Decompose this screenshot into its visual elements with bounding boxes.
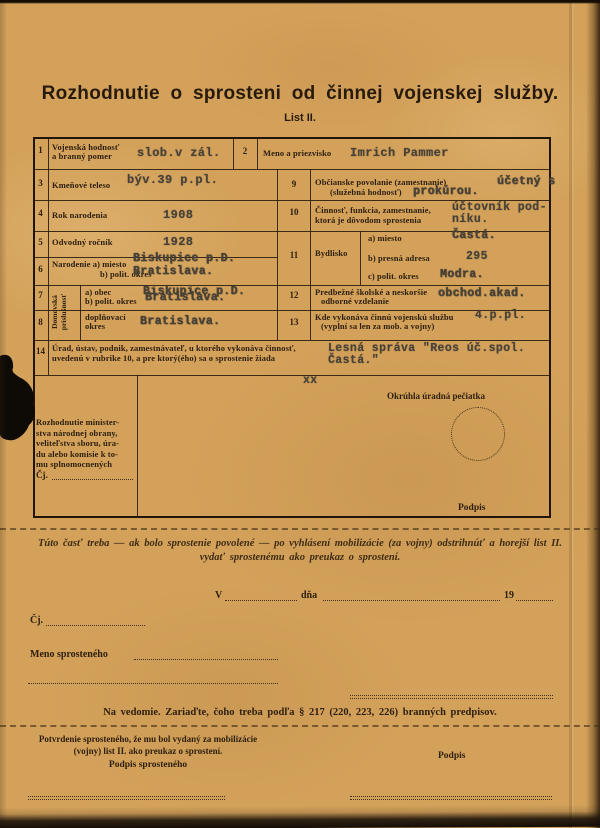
- scanned-military-exemption-form: Rozhodnutie o sprosteni od činnej vojens…: [0, 0, 600, 828]
- place-label: V: [215, 590, 222, 601]
- field-value: Bratislava.: [145, 291, 225, 304]
- cut-note-line: vydať sprostenému ako preukaz o sprosten…: [0, 552, 600, 563]
- row-number: 3: [33, 178, 48, 188]
- grid-line: [35, 340, 551, 341]
- page-edge-bottom: [0, 805, 600, 828]
- row-number: 1: [33, 145, 48, 155]
- fill-in-line: [516, 600, 553, 601]
- page-edge-right: [586, 0, 600, 828]
- page-subtitle: List II.: [0, 112, 600, 124]
- field-value: Imrich Pammer: [350, 146, 449, 160]
- row-number: 8: [33, 317, 48, 327]
- notice-text: Na vedomie. Zariaďte, čoho treba podľa §…: [0, 707, 600, 718]
- fill-in-line: [323, 600, 500, 601]
- page-title: Rozhodnutie o sprosteni od činnej vojens…: [0, 83, 600, 105]
- field-label: (služebná hodnosť): [330, 188, 402, 198]
- field-value: níku.: [452, 213, 489, 226]
- decision-text: Rozhodnutie minister- stva národnej obra…: [36, 417, 119, 470]
- separator-line: [0, 725, 600, 727]
- grid-line: [35, 285, 551, 286]
- grid-line: [80, 285, 81, 340]
- field-value: obchod.akad.: [438, 287, 526, 300]
- row-number: 6: [33, 264, 48, 274]
- confirmation-line: (vojny) list II. ako preukaz o sprostení…: [8, 746, 288, 756]
- field-label: Bydlisko: [315, 249, 347, 259]
- row-number: 2: [233, 146, 257, 156]
- year-prefix: 19: [504, 590, 514, 601]
- field-value: Častá.: [452, 229, 496, 242]
- fill-in-line: [225, 600, 297, 601]
- grid-line: [48, 137, 49, 375]
- signature-line: [350, 799, 552, 800]
- name-label: Meno sprosteného: [30, 649, 108, 660]
- field-label: (vyplní sa len za mob. a vojny): [321, 322, 434, 332]
- grid-line: [257, 137, 258, 169]
- signature-label: Podpis: [458, 503, 485, 513]
- grid-line: [35, 375, 551, 376]
- field-label: c) polit. okres: [368, 272, 419, 282]
- field-label: Rok narodenia: [52, 211, 107, 221]
- typed-mark: xx: [303, 374, 318, 387]
- field-value: býv.39 p.pl.: [127, 173, 218, 187]
- fill-in-line: [52, 479, 133, 480]
- field-label: uvedenú v rubrike 10, a pre ktorý(ého) s…: [52, 354, 275, 364]
- field-value: 4.p.pl.: [475, 309, 526, 322]
- row-number: 9: [280, 179, 308, 189]
- field-value: účetný s: [497, 175, 555, 188]
- file-number-label: Čj.: [30, 615, 43, 626]
- signature-line: [350, 698, 553, 699]
- page-edge-top: [0, 0, 600, 4]
- page-edge-left: [0, 0, 7, 828]
- grid-line: [35, 310, 551, 311]
- decision-text-line: mu splnomocnených: [36, 459, 119, 470]
- row-number: 13: [280, 317, 308, 327]
- field-label: a) miesto: [368, 234, 402, 244]
- cut-note-line: Túto časť treba — ak bolo sprostenie pov…: [0, 538, 600, 549]
- confirmation-line: Potvrdenie sprosteného, že mu bol vydaný…: [8, 734, 288, 744]
- field-value: Biskupice p.D.: [133, 252, 235, 265]
- row-number: 4: [33, 208, 48, 218]
- decision-text-line: stva národnej obrany,: [36, 428, 119, 439]
- field-label: ktorá je dôvodom sprostenia: [315, 216, 421, 226]
- row-number: 11: [280, 250, 308, 260]
- fill-in-line: [28, 683, 278, 684]
- row-number: 7: [33, 290, 48, 300]
- field-label: a branný pomer: [52, 152, 112, 162]
- field-value: Modra.: [440, 268, 484, 281]
- field-label: odborné vzdelanie: [321, 297, 389, 307]
- decision-text-line: veliteľstva sboru, úra-: [36, 438, 119, 449]
- file-number-label: Čj.: [36, 470, 48, 480]
- row-number: 5: [33, 237, 48, 247]
- perforation-line: [0, 528, 600, 530]
- group-label: Domovská príslušnosť: [50, 294, 68, 330]
- field-value: prokúrou.: [413, 185, 479, 198]
- field-label: Meno a priezvisko: [263, 149, 331, 159]
- field-label: okres: [85, 322, 105, 332]
- field-label: b) polit. okres: [85, 297, 137, 307]
- field-value: Bratislava.: [140, 315, 220, 328]
- field-label: b) presná adresa: [368, 254, 430, 264]
- date-label: dňa: [301, 590, 317, 601]
- field-value: 1908: [163, 208, 193, 222]
- signature-exempted-label: Podpis sprosteného: [8, 760, 288, 770]
- paper-crease: [569, 0, 572, 828]
- signature-line: [350, 695, 553, 696]
- grid-line: [360, 231, 361, 285]
- field-label: Kmeňové teleso: [52, 181, 110, 191]
- signature-line: [28, 799, 225, 800]
- grid-line: [35, 169, 551, 170]
- field-label: Odvodný ročník: [52, 238, 113, 248]
- stamp-label: Okrúhla úradná pečiatka: [387, 391, 485, 401]
- field-value: slob.v zál.: [137, 146, 221, 160]
- row-number: 12: [280, 290, 308, 300]
- group-label-vertical: Domovská príslušnosť: [51, 285, 77, 339]
- field-value: Bratislava.: [133, 265, 213, 278]
- field-value: 295: [466, 250, 488, 263]
- row-number: 10: [280, 207, 308, 217]
- signature-line: [350, 796, 552, 797]
- decision-text-line: Rozhodnutie minister-: [36, 417, 119, 428]
- grid-line: [137, 375, 138, 518]
- grid-line: [277, 169, 278, 340]
- stamp-circle-placeholder: [451, 407, 505, 461]
- grid-line: [310, 169, 311, 340]
- fill-in-line: [134, 659, 278, 660]
- fill-in-line: [46, 625, 145, 626]
- signature-line: [28, 796, 225, 797]
- signature-label: Podpis: [438, 751, 465, 761]
- field-value: 1928: [163, 235, 193, 249]
- decision-text-line: du alebo komisie k to-: [36, 449, 119, 460]
- field-value: Častá.": [328, 354, 379, 367]
